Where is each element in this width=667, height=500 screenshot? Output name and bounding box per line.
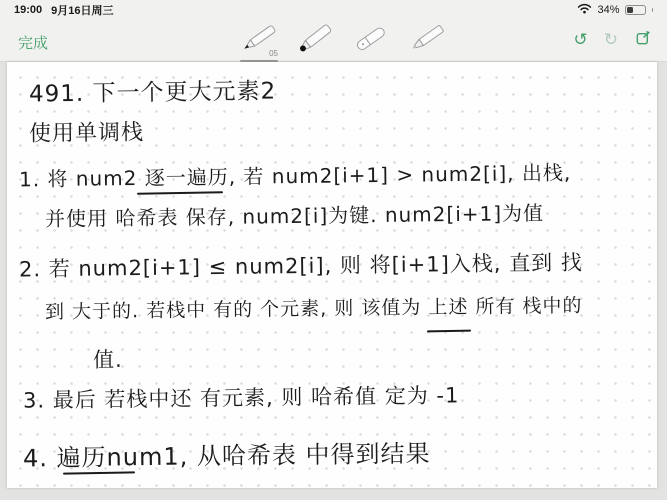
battery-percent: 34%: [597, 4, 619, 16]
clock: 19:00: [14, 4, 42, 16]
date: 9月16日周三: [51, 2, 113, 18]
battery-nub: [652, 8, 654, 12]
status-bar: 19:00 9月16日周三 34%: [0, 0, 667, 20]
handwriting-line-title: 491. 下一个更大元素2: [29, 72, 277, 108]
note-page[interactable]: 491. 下一个更大元素2 使用单调栈 1. 将 num2 逐一遍历, 若 nu…: [7, 62, 657, 488]
handwriting-line-method: 使用单调栈: [29, 115, 144, 147]
eraser-icon: [350, 24, 392, 54]
ink-underline: [427, 330, 471, 333]
ink-underline: [137, 191, 223, 195]
highlighter-icon: [406, 24, 448, 54]
history-controls: ↺ ↻: [574, 28, 654, 52]
handwriting-line-step1a: 1. 将 num2 逐一遍历, 若 num2[i+1] > num2[i], 出…: [19, 157, 572, 193]
canvas-area: 491. 下一个更大元素2 使用单调栈 1. 将 num2 逐一遍历, 若 nu…: [0, 62, 667, 500]
handwriting-line-step2b: 到 大于的. 若栈中 有的 个元素, 则 该值为 上述 所有 栈中的: [45, 291, 583, 325]
notes-app-screen: 19:00 9月16日周三 34% 完成: [0, 0, 667, 500]
eraser-tool[interactable]: [350, 22, 392, 60]
undo-button[interactable]: ↺: [574, 29, 588, 51]
highlighter-tool[interactable]: [406, 22, 448, 60]
pen-tools: 05: [238, 22, 448, 60]
wifi-icon: [577, 3, 592, 17]
handwriting-line-step2a: 2. 若 num2[i+1] ≤ num2[i], 则 将[i+1]入栈, 直到…: [19, 247, 583, 284]
export-icon: [634, 28, 653, 47]
handwriting-line-step1b: 并使用 哈希表 保存, num2[i]为键. num2[i+1]为值: [45, 197, 544, 232]
pen-tool[interactable]: 05: [238, 22, 280, 60]
done-button[interactable]: 完成: [18, 32, 48, 53]
pen-size-label: 05: [269, 49, 278, 58]
marker-tool[interactable]: [294, 22, 336, 60]
redo-button[interactable]: ↻: [604, 29, 618, 51]
handwriting-line-step3: 3. 最后 若栈中还 有元素, 则 哈希值 定为 -1: [23, 379, 460, 414]
handwriting-line-step4: 4. 遍历num1, 从哈希表 中得到结果: [23, 434, 431, 474]
toolbar: 完成 05: [0, 20, 667, 62]
ink-underline: [63, 471, 135, 474]
battery-icon: [625, 5, 646, 15]
export-button[interactable]: [634, 28, 653, 52]
handwriting-line-step2c: 值.: [93, 344, 123, 374]
marker-icon: [294, 24, 336, 54]
